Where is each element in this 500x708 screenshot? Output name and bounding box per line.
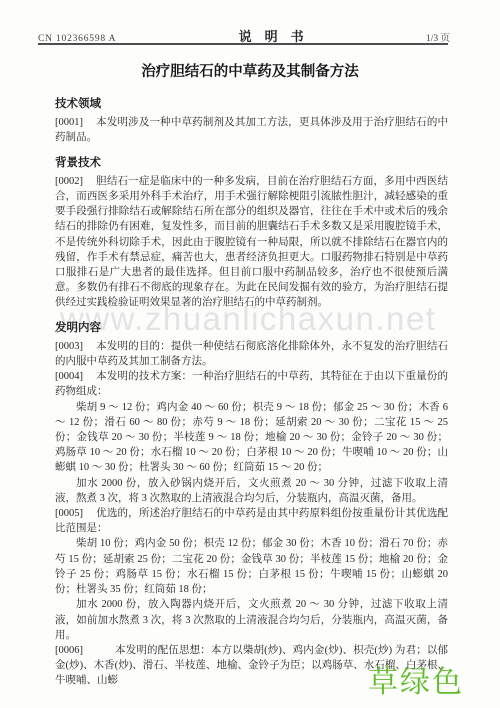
- page-indicator: 1/3 页: [426, 30, 450, 44]
- paragraph-0001: [0001]本发明涉及一种中草药制剂及其加工方法，更具体涉及用于治疗胆结石的中药…: [55, 115, 448, 145]
- decoction-instructions-2: 加水 2000 份，放入陶器内烧开后，文火煎煮 20 ～ 30 分钟，过滤下收取…: [55, 597, 448, 643]
- header-divider: [38, 43, 448, 45]
- paragraph-text: 加水 2000 份，放入陶器内烧开后，文火煎煮 20 ～ 30 分钟，过滤下收取…: [55, 599, 448, 640]
- paragraph-0004: [0004]本发明的技术方案：一种治疗胆结石的中草药，其特征在于由以下重量份的药…: [55, 369, 448, 399]
- section-heading-technical-field: 技术领域: [55, 97, 448, 112]
- green-watermark-text: 草绿色: [368, 657, 464, 701]
- section-heading-summary: 发明内容: [55, 321, 448, 336]
- paragraph-tag: [0006]: [55, 645, 83, 656]
- paragraph-tag: [0004]: [55, 371, 83, 382]
- paragraph-text: 本发明的技术方案：一种治疗胆结石的中草药，其特征在于由以下重量份的药物组成：: [55, 371, 448, 397]
- paragraph-text: 本发明的目的：提供一种使结石彻底溶化排除体外，永不复发的治疗胆结石的内服中草药及…: [55, 341, 448, 367]
- specification-body: 技术领域 [0001]本发明涉及一种中草药制剂及其加工方法，更具体涉及用于治疗胆…: [55, 97, 448, 689]
- paragraph-0005: [0005]优选的，所述治疗胆结石的中草药是由其中药原料组份按重量份计其优选配比…: [55, 506, 448, 536]
- paragraph-text: 柴胡 9 ～ 12 份；鸡内金 40 ～ 60 份；枳壳 9 ～ 18 份；郁金…: [55, 402, 448, 474]
- paragraph-text: 本发明涉及一种中草药制剂及其加工方法，更具体涉及用于治疗胆结石的中药制品。: [55, 117, 448, 143]
- paragraph-tag: [0003]: [55, 341, 83, 352]
- paragraph-0003: [0003]本发明的目的：提供一种使结石彻底溶化排除体外，永不复发的治疗胆结石的…: [55, 339, 448, 369]
- paragraph-tag: [0001]: [55, 117, 83, 128]
- paragraph-text: 优选的，所述治疗胆结石的中草药是由其中药原料组份按重量份计其优选配比范围是：: [55, 508, 448, 534]
- ingredient-range-list: 柴胡 9 ～ 12 份；鸡内金 40 ～ 60 份；枳壳 9 ～ 18 份；郁金…: [55, 400, 448, 476]
- section-heading-background: 背景技术: [55, 156, 448, 171]
- paragraph-text: 加水 2000 份，放入砂锅内烧开后，文火煎煮 20 ～ 30 分钟，过滤下收取…: [55, 478, 448, 504]
- paragraph-text: 柴胡 10 份；鸡内金 50 份；枳壳 12 份；郁金 30 份；木香 10 份…: [55, 538, 448, 595]
- invention-title: 治疗胆结石的中草药及其制备方法: [0, 60, 500, 81]
- paragraph-tag: [0005]: [55, 508, 83, 519]
- paragraph-0002: [0002]胆结石一症是临床中的一种多发病，目前在治疗胆结石方面，多用中西医结合…: [55, 174, 448, 311]
- ingredient-preferred-list: 柴胡 10 份；鸡内金 50 份；枳壳 12 份；郁金 30 份；木香 10 份…: [55, 536, 448, 597]
- paragraph-tag: [0002]: [55, 176, 83, 187]
- paragraph-text: 胆结石一症是临床中的一种多发病，目前在治疗胆结石方面，多用中西医结合，而西医多采…: [55, 176, 448, 309]
- patent-document-page: CN 102366598 A 说 明 书 1/3 页 治疗胆结石的中草药及其制备…: [0, 0, 500, 708]
- decoction-instructions-1: 加水 2000 份，放入砂锅内烧开后，文火煎煮 20 ～ 30 分钟，过滤下收取…: [55, 476, 448, 506]
